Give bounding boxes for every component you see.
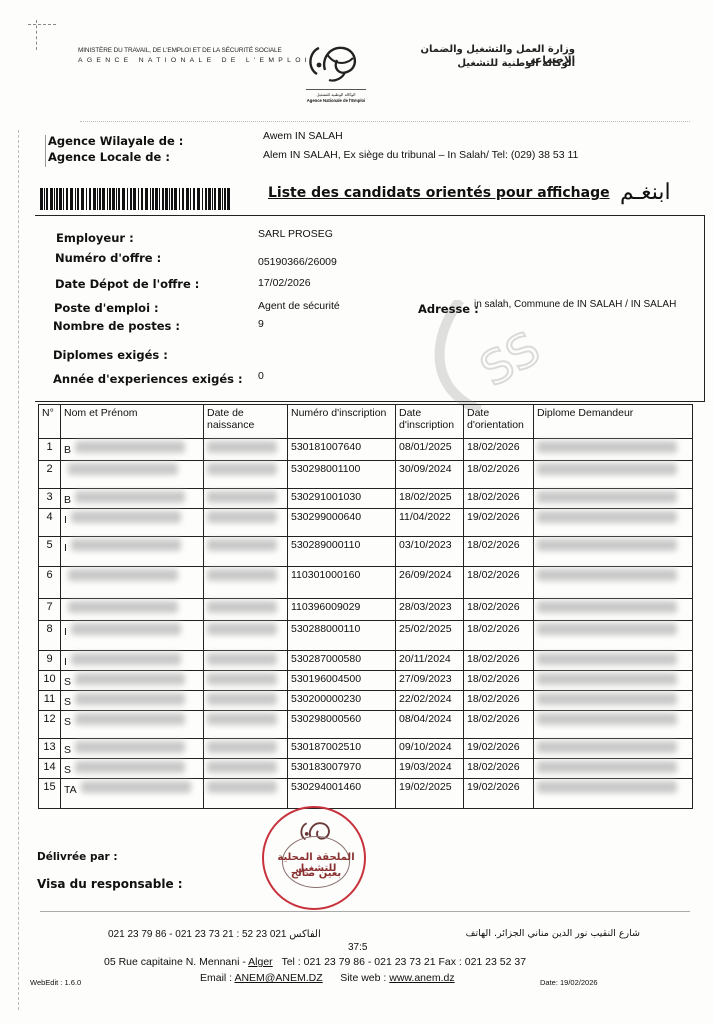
row-number: 8: [39, 621, 61, 651]
birth-date: [204, 621, 288, 651]
name-initial: I: [64, 656, 67, 668]
inscription-number: 530288000110: [288, 621, 396, 651]
row-number: 13: [39, 739, 61, 759]
name-initial: I: [64, 542, 67, 554]
orientation-date: 18/02/2026: [464, 711, 534, 739]
birth-date: [204, 711, 288, 739]
redacted-birthdate: [207, 539, 277, 551]
svg-text:SS: SS: [471, 321, 549, 397]
name-initial: I: [64, 626, 67, 638]
candidates-table: N° Nom et Prénom Date de naissance Numér…: [38, 404, 693, 809]
name-initial: S: [64, 696, 71, 708]
orientation-date: 19/02/2026: [464, 779, 534, 809]
deposit-date-label: Date Dépot de l'offre :: [55, 277, 199, 291]
inscription-date: 22/02/2024: [396, 691, 464, 711]
diploma: [534, 779, 693, 809]
redacted-diploma: [537, 539, 677, 551]
row-number: 10: [39, 671, 61, 691]
footer-address-fr: 05 Rue capitaine N. Mennani - Alger Tel …: [104, 956, 526, 968]
name-initial: B: [64, 444, 71, 456]
agency-name-ar: الوكالة الوطنية للتشغيل: [410, 58, 575, 69]
candidate-name: [61, 599, 204, 621]
logo-caption-ar: الوكالة الوطنية للتشغيل: [306, 89, 366, 97]
table-row: 15TA53029400146019/02/202519/02/2026: [39, 779, 693, 809]
employer-label: Employeur :: [56, 231, 134, 245]
row-number: 3: [39, 489, 61, 509]
birth-date: [204, 651, 288, 671]
visa-label: Visa du responsable :: [37, 877, 183, 891]
redacted-name: [68, 601, 178, 613]
row-number: 1: [39, 439, 61, 461]
inscription-date: 19/03/2024: [396, 759, 464, 779]
redacted-name: [81, 781, 191, 793]
redacted-diploma: [537, 761, 677, 773]
col-birthdate: Date de naissance: [204, 405, 288, 439]
wilayale-label: Agence Wilayale de :: [48, 134, 183, 148]
diploma: [534, 599, 693, 621]
diploma: [534, 651, 693, 671]
candidate-name: I: [61, 651, 204, 671]
offer-number-value: 05190366/26009: [258, 256, 337, 268]
experience-label: Année d'experiences exigés :: [53, 372, 243, 386]
diploma: [534, 567, 693, 599]
col-orientation-date: Date d'orientation: [464, 405, 534, 439]
redacted-name: [68, 463, 178, 475]
logo-caption-fr: Agence Nationale de l'Emploi: [300, 98, 372, 103]
redacted-diploma: [537, 441, 677, 453]
diploma: [534, 537, 693, 567]
diplomas-label: Diplomes exigés :: [53, 348, 168, 362]
scan-margin-marks: [18, 130, 22, 1010]
row-number: 2: [39, 461, 61, 489]
diploma: [534, 509, 693, 537]
name-initial: S: [64, 716, 71, 728]
row-number: 4: [39, 509, 61, 537]
email-link[interactable]: ANEM@ANEM.DZ: [234, 972, 322, 984]
crop-mark: [28, 24, 56, 25]
row-number: 6: [39, 567, 61, 599]
inscription-date: 28/03/2023: [396, 599, 464, 621]
row-number: 5: [39, 537, 61, 567]
name-initial: I: [64, 514, 67, 526]
address-value: in salah, Commune de IN SALAH / IN SALAH: [474, 299, 699, 310]
redacted-name: [75, 693, 185, 705]
address-label: Adresse :: [418, 302, 479, 316]
inscription-number: 530200000230: [288, 691, 396, 711]
diploma: [534, 711, 693, 739]
birth-date: [204, 567, 288, 599]
table-row: 4I53029900064011/04/202219/02/2026: [39, 509, 693, 537]
row-number: 7: [39, 599, 61, 621]
ministry-name-fr: MINISTÈRE DU TRAVAIL, DE L'EMPLOI ET DE …: [78, 47, 282, 54]
inscription-date: 09/10/2024: [396, 739, 464, 759]
birth-date: [204, 691, 288, 711]
redacted-diploma: [537, 741, 677, 753]
redacted-birthdate: [207, 713, 277, 725]
birth-date: [204, 671, 288, 691]
candidate-name: S: [61, 739, 204, 759]
diploma: [534, 759, 693, 779]
footer-code: 37:5: [348, 942, 367, 953]
col-inscription-number: Numéro d'inscription: [288, 405, 396, 439]
redacted-name: [71, 623, 181, 635]
inscription-date: 08/04/2024: [396, 711, 464, 739]
delivered-by-label: Délivrée par :: [37, 851, 118, 863]
inscription-number: 530196004500: [288, 671, 396, 691]
birth-date: [204, 489, 288, 509]
table-row: 3B53029100103018/02/202518/02/2026: [39, 489, 693, 509]
redacted-birthdate: [207, 511, 277, 523]
orientation-date: 18/02/2026: [464, 537, 534, 567]
handwritten-note: ابنغـم: [620, 180, 671, 205]
footer-separator: [40, 911, 690, 912]
redacted-diploma: [537, 623, 677, 635]
inscription-number: 530298000560: [288, 711, 396, 739]
orientation-date: 18/02/2026: [464, 439, 534, 461]
redacted-name: [75, 713, 185, 725]
birth-date: [204, 599, 288, 621]
table-row: 711039600902928/03/202318/02/2026: [39, 599, 693, 621]
official-stamp: الملحقة المحلية للتشغيل بعين صالح: [262, 806, 366, 910]
redacted-birthdate: [207, 491, 277, 503]
redacted-birthdate: [207, 463, 277, 475]
table-row: 10S53019600450027/09/202318/02/2026: [39, 671, 693, 691]
email-label: Email :: [200, 972, 232, 984]
position-value: Agent de sécurité: [258, 300, 340, 312]
inscription-number: 530294001460: [288, 779, 396, 809]
redacted-diploma: [537, 463, 677, 475]
table-row: 13S53018700251009/10/202419/02/2026: [39, 739, 693, 759]
redacted-birthdate: [207, 569, 277, 581]
redacted-diploma: [537, 653, 677, 665]
name-initial: S: [64, 676, 71, 688]
orientation-date: 18/02/2026: [464, 599, 534, 621]
birth-date: [204, 537, 288, 567]
row-number: 9: [39, 651, 61, 671]
candidate-name: [61, 567, 204, 599]
redacted-name: [75, 673, 185, 685]
redacted-name: [68, 569, 178, 581]
diploma: [534, 439, 693, 461]
candidate-name: S: [61, 691, 204, 711]
redacted-birthdate: [207, 653, 277, 665]
redacted-name: [71, 653, 181, 665]
col-number: N°: [39, 405, 61, 439]
redacted-name: [75, 741, 185, 753]
stamp-text-line2: بعين صالح: [270, 868, 362, 879]
deposit-date-value: 17/02/2026: [258, 277, 311, 289]
positions-count-value: 9: [258, 318, 264, 330]
inscription-number: 110301000160: [288, 567, 396, 599]
birth-date: [204, 439, 288, 461]
inscription-date: 19/02/2025: [396, 779, 464, 809]
orientation-date: 18/02/2026: [464, 671, 534, 691]
table-row: 611030100016026/09/202418/02/2026: [39, 567, 693, 599]
row-number: 15: [39, 779, 61, 809]
redacted-diploma: [537, 569, 677, 581]
orientation-date: 18/02/2026: [464, 489, 534, 509]
name-initial: B: [64, 494, 71, 506]
orientation-date: 18/02/2026: [464, 759, 534, 779]
inscription-number: 530298001100: [288, 461, 396, 489]
redacted-birthdate: [207, 673, 277, 685]
candidate-name: [61, 461, 204, 489]
redacted-diploma: [537, 693, 677, 705]
orientation-date: 18/02/2026: [464, 651, 534, 671]
birth-date: [204, 739, 288, 759]
footer-address-ar: شارع النقيب نور الدين مناني الجزائر. اله…: [380, 928, 640, 939]
diploma: [534, 739, 693, 759]
inscription-date: 27/09/2023: [396, 671, 464, 691]
candidate-name: I: [61, 621, 204, 651]
candidate-name: S: [61, 759, 204, 779]
diploma: [534, 489, 693, 509]
inscription-date: 25/02/2025: [396, 621, 464, 651]
footer-phones-ar: 021 23 79 86 - 021 23 73 21 : الفاكس 021…: [108, 929, 321, 940]
print-date: Date: 19/02/2026: [540, 978, 598, 987]
redacted-birthdate: [207, 693, 277, 705]
anem-logo-icon: [305, 40, 363, 84]
orientation-date: 19/02/2026: [464, 509, 534, 537]
redacted-diploma: [537, 511, 677, 523]
inscription-number: 530183007970: [288, 759, 396, 779]
inscription-date: 03/10/2023: [396, 537, 464, 567]
candidate-name: I: [61, 509, 204, 537]
table-row: 1B53018100764008/01/202518/02/2026: [39, 439, 693, 461]
redacted-birthdate: [207, 781, 277, 793]
table-row: 253029800110030/09/202418/02/2026: [39, 461, 693, 489]
inscription-number: 530289000110: [288, 537, 396, 567]
redacted-name: [71, 539, 181, 551]
barcode-icon: [40, 188, 230, 210]
col-name: Nom et Prénom: [61, 405, 204, 439]
locale-value: Alem IN SALAH, Ex siège du tribunal – In…: [263, 149, 578, 161]
orientation-date: 18/02/2026: [464, 461, 534, 489]
orientation-date: 19/02/2026: [464, 739, 534, 759]
birth-date: [204, 779, 288, 809]
footer-city-link[interactable]: Alger: [248, 956, 273, 968]
redacted-name: [75, 761, 185, 773]
redacted-diploma: [537, 713, 677, 725]
candidate-name: S: [61, 711, 204, 739]
orientation-date: 18/02/2026: [464, 691, 534, 711]
website-link[interactable]: www.anem.dz: [389, 972, 454, 984]
version-label: WebEdit : 1.6.0: [30, 978, 81, 987]
redacted-birthdate: [207, 623, 277, 635]
diploma: [534, 671, 693, 691]
position-label: Poste d'emploi :: [54, 301, 159, 315]
table-row: 5I53028900011003/10/202318/02/2026: [39, 537, 693, 567]
birth-date: [204, 509, 288, 537]
footer-phones-fr: Tel : 021 23 79 86 - 021 23 73 21 Fax : …: [281, 956, 526, 968]
margin-bar: [45, 135, 46, 167]
inscription-number: 530287000580: [288, 651, 396, 671]
candidate-name: B: [61, 439, 204, 461]
name-initial: S: [64, 764, 71, 776]
redacted-name: [75, 441, 185, 453]
watermark-icon: SS: [420, 300, 580, 410]
table-row: 14S53018300797019/03/202418/02/2026: [39, 759, 693, 779]
candidate-name: I: [61, 537, 204, 567]
orientation-date: 18/02/2026: [464, 621, 534, 651]
inscription-date: 18/02/2025: [396, 489, 464, 509]
wilayale-value: Awem IN SALAH: [263, 130, 343, 142]
redacted-birthdate: [207, 761, 277, 773]
name-initial: TA: [64, 784, 77, 796]
row-number: 12: [39, 711, 61, 739]
inscription-number: 530181007640: [288, 439, 396, 461]
diploma: [534, 621, 693, 651]
col-inscription-date: Date d'inscription: [396, 405, 464, 439]
orientation-date: 18/02/2026: [464, 567, 534, 599]
redacted-birthdate: [207, 601, 277, 613]
inscription-number: 530299000640: [288, 509, 396, 537]
redacted-birthdate: [207, 741, 277, 753]
redacted-diploma: [537, 491, 677, 503]
table-header-row: N° Nom et Prénom Date de naissance Numér…: [39, 405, 693, 439]
inscription-date: 08/01/2025: [396, 439, 464, 461]
diploma: [534, 691, 693, 711]
redacted-name: [71, 511, 181, 523]
footer-street: 05 Rue capitaine N. Mennani -: [104, 956, 248, 968]
footer-contact: Email : ANEM@ANEM.DZ Site web : www.anem…: [200, 972, 455, 984]
inscription-date: 20/11/2024: [396, 651, 464, 671]
birth-date: [204, 759, 288, 779]
inscription-date: 30/09/2024: [396, 461, 464, 489]
table-row: 8I53028800011025/02/202518/02/2026: [39, 621, 693, 651]
locale-label: Agence Locale de :: [48, 150, 170, 164]
inscription-date: 26/09/2024: [396, 567, 464, 599]
redacted-birthdate: [207, 441, 277, 453]
table-row: 11S53020000023022/02/202418/02/2026: [39, 691, 693, 711]
inscription-number: 530291001030: [288, 489, 396, 509]
header-separator: [80, 121, 690, 122]
redacted-diploma: [537, 601, 677, 613]
diploma: [534, 461, 693, 489]
redacted-diploma: [537, 673, 677, 685]
table-row: 12S53029800056008/04/202418/02/2026: [39, 711, 693, 739]
employer-value: SARL PROSEG: [258, 228, 333, 240]
offer-number-label: Numéro d'offre :: [55, 251, 161, 265]
row-number: 11: [39, 691, 61, 711]
inscription-date: 11/04/2022: [396, 509, 464, 537]
redacted-name: [75, 491, 185, 503]
site-label: Site web :: [340, 972, 386, 984]
agency-name-fr: AGENCE NATIONALE DE L'EMPLOI: [78, 57, 311, 64]
col-diploma: Diplome Demandeur: [534, 405, 693, 439]
inscription-number: 110396009029: [288, 599, 396, 621]
candidate-name: B: [61, 489, 204, 509]
row-number: 14: [39, 759, 61, 779]
positions-count-label: Nombre de postes :: [53, 319, 180, 333]
candidate-name: TA: [61, 779, 204, 809]
candidate-name: S: [61, 671, 204, 691]
redacted-diploma: [537, 781, 677, 793]
document-title: Liste des candidats orientés pour affich…: [268, 185, 610, 201]
table-row: 9I53028700058020/11/202418/02/2026: [39, 651, 693, 671]
birth-date: [204, 461, 288, 489]
name-initial: S: [64, 744, 71, 756]
experience-value: 0: [258, 370, 264, 382]
inscription-number: 530187002510: [288, 739, 396, 759]
